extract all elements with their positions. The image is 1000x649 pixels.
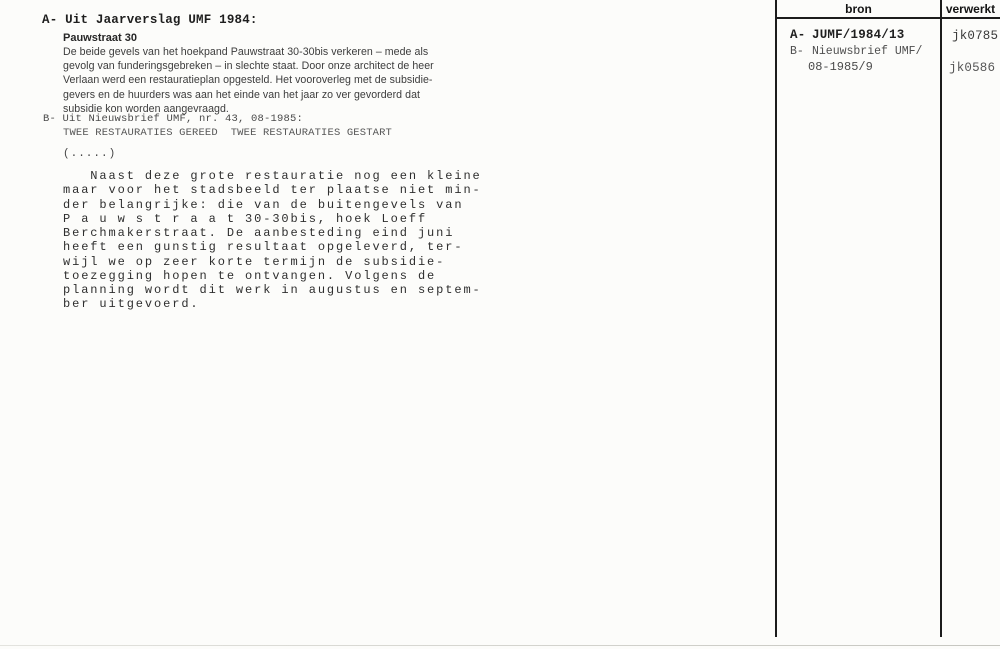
bron-entry-b-source-continued: 08-1985/9 <box>808 60 873 74</box>
card-bottom-edge <box>0 645 1000 646</box>
verwerkt-entry-b-code: jk0586 <box>949 61 995 75</box>
register-header-rule <box>775 17 1000 19</box>
bron-entry-a-source: JUMF/1984/13 <box>812 28 904 42</box>
section-a-subheading: Pauwstraat 30 <box>63 32 137 44</box>
section-a-heading: A- Uit Jaarverslag UMF 1984: <box>42 13 258 27</box>
verwerkt-column-header: verwerkt <box>942 2 999 16</box>
verwerkt-entry-a-code: jk0785 <box>952 29 998 43</box>
section-b-ellipsis: (.....) <box>63 148 116 160</box>
bron-column-left-rule <box>775 0 777 637</box>
verwerkt-column-left-rule <box>940 0 942 637</box>
section-b-heading: B- Uit Nieuwsbrief UMF, nr. 43, 08-1985: <box>43 113 303 125</box>
scanned-document-card: A- Uit Jaarverslag UMF 1984: Pauwstraat … <box>0 0 1000 649</box>
bron-entry-b-source: Nieuwsbrief UMF/ <box>812 45 922 58</box>
section-b-body-text: Naast deze grote restauratie nog een kle… <box>63 169 482 312</box>
section-b-subheading: TWEE RESTAURATIES GEREED TWEE RESTAURATI… <box>63 127 392 139</box>
section-a-body-text: De beide gevels van het hoekpand Pauwstr… <box>63 45 434 116</box>
bron-column-header: bron <box>777 2 940 16</box>
bron-entry-b-label: B- <box>790 45 804 58</box>
bron-entry-a-label: A- <box>790 28 805 42</box>
